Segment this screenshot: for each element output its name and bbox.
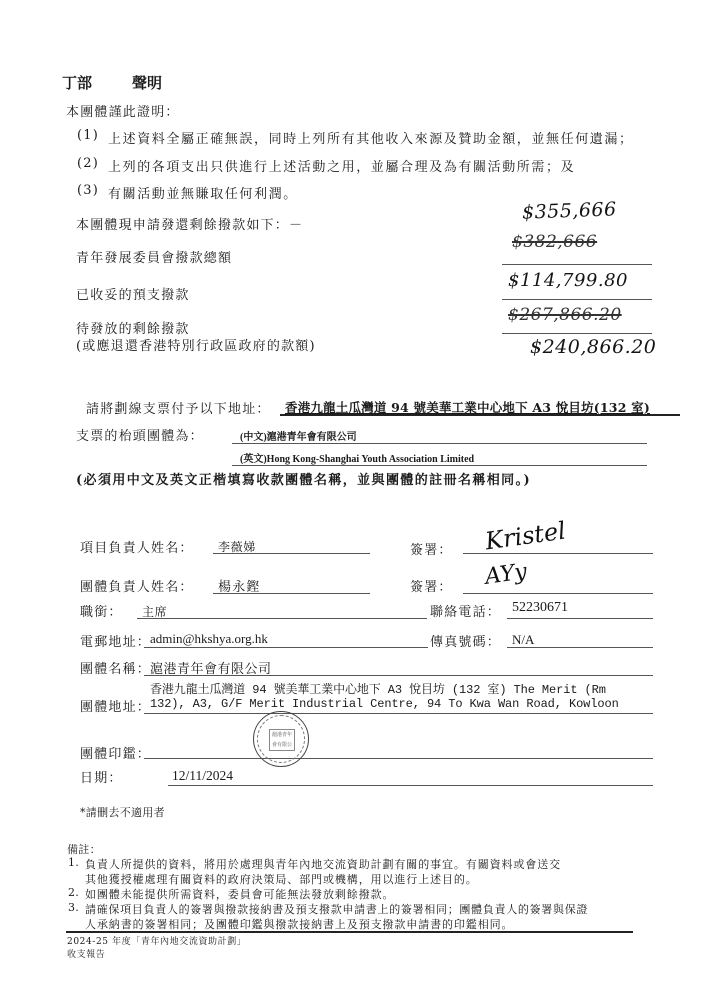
seal-underline	[144, 758, 653, 759]
cheque-payee-cn: (中文)滬港青年會有限公司	[240, 428, 357, 443]
org-name-label: 團體名稱：	[80, 658, 151, 677]
seal-text: 滬港青年會有限公司	[269, 729, 295, 751]
footer-line2: 收支報告	[67, 947, 105, 960]
fax-underline	[507, 647, 653, 648]
remark-1-num: 1.	[68, 856, 79, 869]
declaration-item-2-num: (2)	[77, 156, 99, 171]
cheque-payee-label: 支票的枱頭團體為：	[76, 425, 204, 444]
funding-total-underline	[502, 264, 652, 265]
org-name-underline	[144, 675, 653, 676]
cheque-address-underline	[280, 414, 680, 416]
cheque-payee-en-underline	[232, 465, 647, 466]
fax-label: 傳真號碼：	[430, 631, 501, 650]
funding-advance-underline	[502, 299, 652, 300]
remark-3-num: 3.	[68, 901, 79, 914]
date-underline	[168, 785, 653, 786]
date-value: 12/11/2024	[172, 768, 233, 784]
org-address-line2: 132), A3, G/F Merit Industrial Centre, 9…	[150, 697, 619, 711]
org-leader-underline	[213, 593, 370, 594]
funding-intro: 本團體現申請發還剩餘撥款如下：－	[76, 214, 303, 233]
declaration-intro: 本團體謹此證明：	[66, 101, 180, 120]
remark-2-num: 2.	[68, 886, 79, 899]
phone-underline	[507, 618, 653, 619]
declaration-item-1-num: (1)	[77, 128, 99, 143]
project-leader-signature-underline	[463, 553, 653, 554]
fax-value: N/A	[512, 632, 534, 648]
funding-total-value: $355,666	[522, 198, 617, 223]
remark-1-line2: 其他獲授權處理有關資料的政府決策局、部門或機構，用以進行上述目的。	[85, 871, 478, 887]
org-address-underline	[144, 713, 653, 714]
remark-3-line1: 請確保項目負責人的簽署與撥款接納書及預支撥款申請書上的簽署相同；團體負責人的簽署…	[85, 901, 588, 917]
cheque-address-label: 請將劃線支票付予以下地址：	[86, 398, 271, 417]
footer-divider	[66, 931, 633, 933]
remark-2-line1: 如團體未能提供所需資料，委員會可能無法發放剩餘撥款。	[85, 886, 394, 902]
org-address-line1: 香港九龍土瓜灣道 94 號美華工業中心地下 A3 悅目坊 (132 室) The…	[150, 680, 606, 697]
phone-value: 52230671	[512, 600, 568, 616]
org-leader-label: 團體負責人姓名：	[80, 576, 194, 595]
seal-label: 團體印鑑：	[80, 743, 151, 762]
cheque-payee-en: (英文)Hong Kong-Shanghai Youth Association…	[240, 450, 474, 465]
phone-label: 聯絡電話：	[430, 601, 501, 620]
footnote: *請刪去不適用者	[80, 804, 165, 820]
org-leader-signature-underline	[463, 593, 653, 594]
remarks-title: 備註：	[67, 841, 101, 857]
funding-advance-value: $114,799.80	[508, 270, 628, 291]
funding-total-label: 青年發展委員會撥款總額	[76, 247, 232, 266]
declaration-item-1: 上述資料全屬正確無誤，同時上列所有其他收入來源及贊助金額，並無任何遺漏；	[108, 128, 634, 147]
position-label: 職銜：	[80, 601, 123, 620]
project-leader-signature-label: 簽署：	[410, 539, 453, 558]
funding-balance-value: $240,866.20	[530, 336, 656, 358]
organization-seal-stamp: 滬港青年會有限公司	[253, 711, 309, 767]
declaration-item-2: 上列的各項支出只供進行上述活動之用，並屬合理及為有關活動所需；及	[108, 156, 575, 175]
section-part: 丁部	[62, 72, 92, 93]
footer-line1: 2024-25 年度「青年內地交流資助計劃」	[67, 934, 246, 947]
declaration-item-3: 有關活動並無賺取任何利潤。	[108, 183, 298, 202]
email-label: 電郵地址：	[80, 631, 151, 650]
remark-1-line1: 負責人所提供的資料，將用於處理與青年內地交流資助計劃有關的事宜。有關資料或會送交	[85, 856, 561, 872]
remark-3-line2: 人承納書的簽署相同；及團體印鑑與撥款接納書上及預支撥款申請書的印鑑相同。	[85, 916, 513, 932]
funding-balance-underline	[502, 333, 652, 334]
org-leader-signature: AYy	[483, 559, 528, 590]
project-leader-underline	[213, 553, 370, 554]
funding-balance-struck-value: $267,866.20	[508, 305, 622, 325]
position-underline	[137, 618, 427, 619]
email-value: admin@hkshya.org.hk	[150, 631, 268, 647]
org-leader-signature-label: 簽署：	[410, 576, 453, 595]
project-leader-signature: Kristel	[483, 517, 567, 556]
email-underline	[144, 647, 428, 648]
org-address-label: 團體地址：	[80, 696, 151, 715]
date-label: 日期：	[80, 767, 123, 786]
cheque-note: (必須用中文及英文正楷填寫收款團體名稱，並與團體的註冊名稱相同。)	[76, 469, 531, 488]
declaration-item-3-num: (3)	[77, 183, 99, 198]
funding-total-struck-value: $382,666	[512, 232, 597, 252]
cheque-payee-cn-underline	[232, 443, 647, 444]
funding-advance-label: 已收妥的預支撥款	[76, 284, 190, 303]
project-leader-label: 項目負責人姓名：	[80, 537, 194, 556]
funding-balance-label-2: (或應退還香港特別行政區政府的款額)	[76, 335, 316, 354]
section-title: 聲明	[132, 72, 162, 93]
